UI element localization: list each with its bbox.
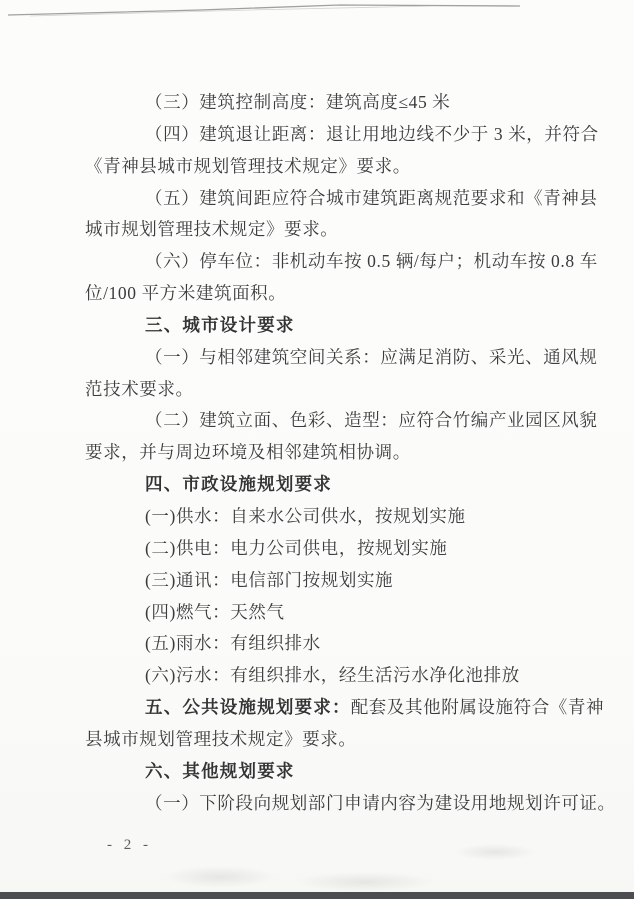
scan-scratch-line [0, 0, 634, 24]
clause-facade-continuation: 要求，并与周边环境及相邻建筑相协调。 [85, 437, 577, 469]
page-number: - 2 - [107, 837, 152, 854]
section-heading-other: 六、其他规划要求 [85, 756, 577, 788]
clause-facade-color: （二）建筑立面、色彩、造型：应符合竹编产业园区风貌 [85, 405, 577, 437]
clause-parking: （六）停车位：非机动车按 0.5 辆/每户；机动车按 0.8 车 [85, 246, 577, 278]
scanner-edge-bar [0, 892, 634, 899]
photocopy-smudge [165, 866, 275, 888]
clause-building-spacing: （五）建筑间距应符合城市建筑距离规范要求和《青神县 [85, 183, 577, 215]
clause-building-height: （三）建筑控制高度：建筑高度≤45 米 [85, 87, 577, 119]
clause-adjacent-continuation: 范技术要求。 [85, 374, 577, 406]
scanned-document-page: （三）建筑控制高度：建筑高度≤45 米 （四）建筑退让距离：退让用地边线不少于 … [0, 0, 634, 899]
document-body: （三）建筑控制高度：建筑高度≤45 米 （四）建筑退让距离：退让用地边线不少于 … [85, 87, 577, 819]
photocopy-smudge [455, 844, 535, 860]
clause-next-stage-permit: （一）下阶段向规划部门申请内容为建设用地规划许可证。 [85, 788, 577, 820]
public-facilities-body-text: 配套及其他附属设施符合《青神 [351, 697, 604, 717]
item-sewage: (六)污水：有组织排水，经生活污水净化池排放 [85, 660, 577, 692]
section-heading-urban-design: 三、城市设计要求 [85, 310, 577, 342]
clause-parking-continuation: 位/100 平方米建筑面积。 [85, 278, 577, 310]
item-gas: (四)燃气：天然气 [85, 597, 577, 629]
item-power-supply: (二)供电：电力公司供电，按规划实施 [85, 533, 577, 565]
section-heading-municipal: 四、市政设施规划要求 [85, 469, 577, 501]
item-rainwater: (五)雨水：有组织排水 [85, 628, 577, 660]
item-water-supply: (一)供水：自来水公司供水，按规划实施 [85, 501, 577, 533]
section-heading-public-facilities: 五、公共设施规划要求：配套及其他附属设施符合《青神 [85, 692, 577, 724]
clause-adjacent-space: （一）与相邻建筑空间关系：应满足消防、采光、通风规 [85, 342, 577, 374]
photocopy-smudge [295, 872, 435, 892]
clause-spacing-continuation: 城市规划管理技术规定》要求。 [85, 214, 577, 246]
public-facilities-heading-label: 五、公共设施规划要求： [145, 697, 351, 717]
clause-setback-continuation: 《青神县城市规划管理技术规定》要求。 [85, 151, 577, 183]
item-telecom: (三)通讯：电信部门按规划实施 [85, 565, 577, 597]
public-facilities-continuation: 县城市规划管理技术规定》要求。 [85, 724, 577, 756]
clause-setback-distance: （四）建筑退让距离：退让用地边线不少于 3 米，并符合 [85, 119, 577, 151]
